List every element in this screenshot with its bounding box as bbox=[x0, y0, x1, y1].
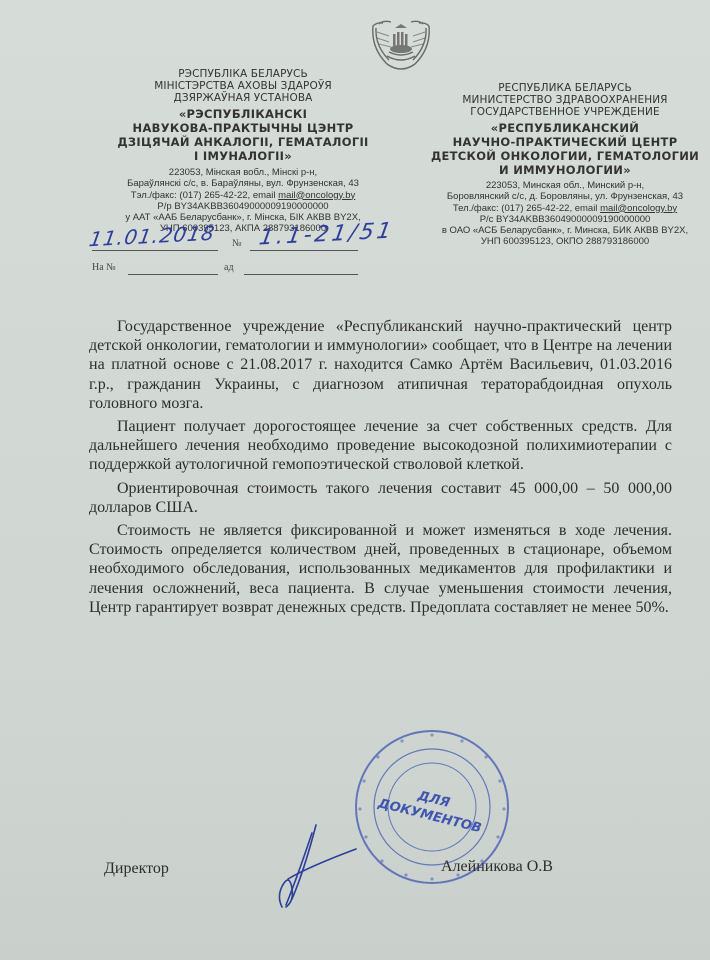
header-line: МІНІСТЭРСТВА АХОВЫ ЗДАРОЎЯ bbox=[98, 80, 388, 92]
director-signature bbox=[268, 815, 358, 910]
tax-id-line: УНП 600395123, ОКПО 288793186000 bbox=[415, 236, 710, 247]
institution-name-line: «РЕСПУБЛИКАНСКИЙ bbox=[415, 121, 710, 135]
header-line: ГОСУДАРСТВЕННОЕ УЧРЕЖДЕНИЕ bbox=[415, 106, 710, 118]
institution-name-line: ДЕТСКОЙ ОНКОЛОГИИ, ГЕМАТОЛОГИИ bbox=[415, 149, 710, 163]
incoming-reg-row: На № ад bbox=[92, 256, 392, 280]
contact-line: Тэл./факс: (017) 265-42-22, email mail@o… bbox=[98, 190, 388, 201]
ref-date-field-line bbox=[244, 256, 358, 275]
letterhead-russian: РЕСПУБЛИКА БЕЛАРУСЬ МИНИСТЕРСТВО ЗДРАВОО… bbox=[415, 82, 710, 248]
paragraph: Государственное учреждение «Республиканс… bbox=[89, 317, 672, 413]
institution-name-line: І ІМУНАЛОГІІ» bbox=[98, 149, 388, 163]
address-line: Боровлянский с/с, д. Боровляны, ул. Фрун… bbox=[415, 191, 710, 202]
bank-line: в ОАО «АСБ Беларусбанк», г. Минска, БИК … bbox=[415, 225, 710, 236]
header-line: РЕСПУБЛИКА БЕЛАРУСЬ bbox=[415, 82, 710, 94]
institution-name-line: ДЗІЦЯЧАЙ АНКАЛОГІІ, ГЕМАТАЛОГІІ bbox=[98, 135, 388, 149]
address-line: 223053, Мінская вобл., Мінскі р-н, bbox=[98, 167, 388, 178]
ref-from-label: ад bbox=[224, 262, 234, 273]
paragraph: Ориентировочная стоимость такого лечения… bbox=[89, 479, 672, 517]
bank-account-line: Р/с BY34AKBB36049000009190000000 bbox=[415, 214, 710, 225]
ref-number-label: На № bbox=[92, 262, 116, 273]
ref-number-field-line bbox=[128, 256, 218, 275]
header-line: МИНИСТЕРСТВО ЗДРАВООХРАНЕНИЯ bbox=[415, 94, 710, 106]
letterhead-belarusian: РЭСПУБЛІКА БЕЛАРУСЬ МІНІСТЭРСТВА АХОВЫ З… bbox=[98, 68, 388, 235]
email-link[interactable]: mail@oncology.by bbox=[278, 190, 355, 201]
paragraph: Пациент получает дорогостоящее лечение з… bbox=[89, 417, 672, 475]
header-line: РЭСПУБЛІКА БЕЛАРУСЬ bbox=[98, 68, 388, 80]
institution-name-line: НАУЧНО-ПРАКТИЧЕСКИЙ ЦЕНТР bbox=[415, 135, 710, 149]
institution-name-line: «РЭСПУБЛІКАНСКІ bbox=[98, 107, 388, 121]
institution-name-line: И ИММУНОЛОГИИ» bbox=[415, 163, 710, 177]
address-block: 223053, Минская обл., Минский р-н, Боров… bbox=[415, 180, 710, 248]
signatory-title: Директор bbox=[104, 860, 169, 878]
signatory-name: Алейникова О.В bbox=[441, 858, 553, 876]
header-line: ДЗЯРЖАЎНАЯ УСТАНОВА bbox=[98, 92, 388, 104]
address-line: 223053, Минская обл., Минский р-н, bbox=[415, 180, 710, 191]
number-label: № bbox=[232, 238, 242, 249]
institution-name-line: НАВУКОВА-ПРАКТЫЧНЫ ЦЭНТР bbox=[98, 121, 388, 135]
belarus-coat-of-arms-icon bbox=[367, 12, 435, 74]
paragraph: Стоимость не является фиксированной и мо… bbox=[89, 521, 672, 617]
bank-account-line: Р/р BY34AKBB36049000009190000000 bbox=[98, 201, 388, 212]
address-line: Бараўлянскі с/с, в. Бараўляны, вул. Фрун… bbox=[98, 178, 388, 189]
email-link[interactable]: mail@oncology.by bbox=[600, 203, 677, 214]
contact-line: Тел./факс: (017) 265-42-22, email mail@o… bbox=[415, 203, 710, 214]
letter-body: Государственное учреждение «Республиканс… bbox=[89, 317, 672, 617]
